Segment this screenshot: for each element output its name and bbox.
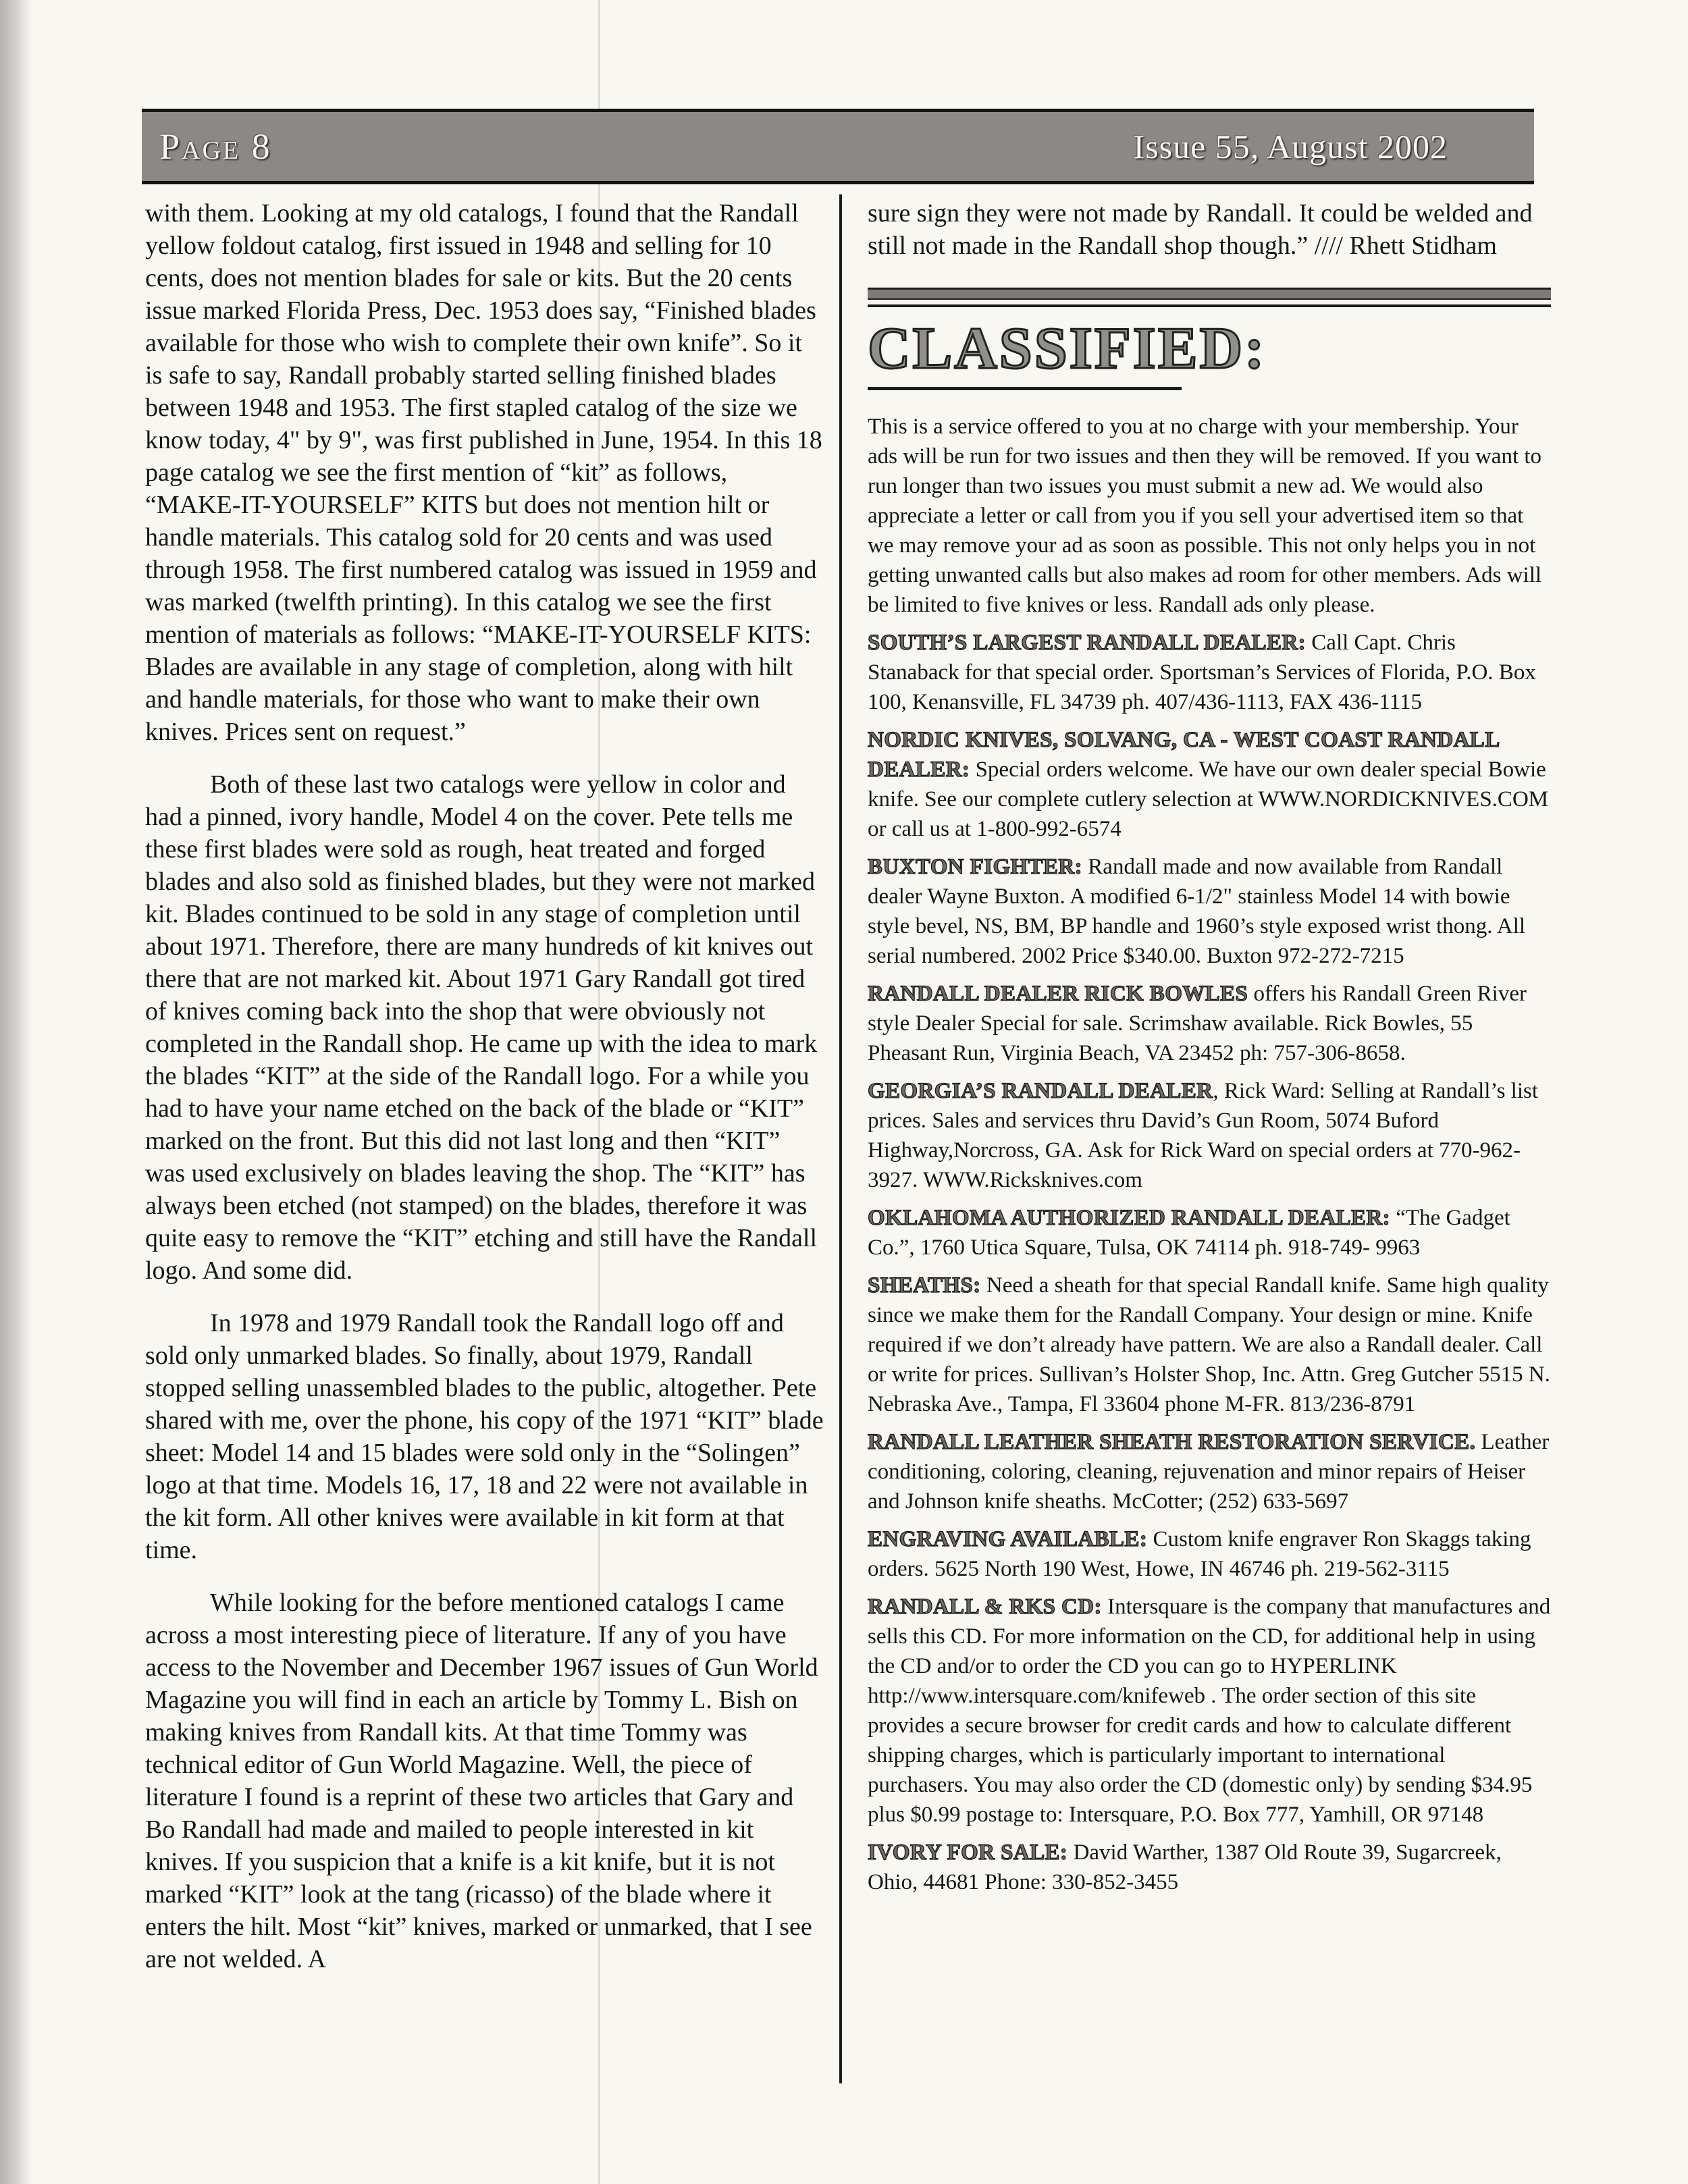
scan-edge-shadow [0,0,31,2184]
article-paragraph: While looking for the before mentioned c… [145,1587,824,1975]
classified-ad: RANDALL DEALER RICK BOWLES offers his Ra… [868,979,1551,1068]
classified-ad: OKLAHOMA AUTHORIZED RANDALL DEALER: “The… [868,1203,1551,1262]
classified-ad-lead: BUXTON FIGHTER: [868,855,1082,879]
classified-ad-lead: SHEATHS: [868,1273,981,1298]
classified-ad-lead: GEORGIA’S RANDALL DEALER [868,1079,1213,1103]
classified-ad: RANDALL LEATHER SHEATH RESTORATION SERVI… [868,1427,1551,1516]
classified-ad-lead: SOUTH’S LARGEST RANDALL DEALER: [868,631,1306,655]
classified-heading: CLASSIFIED: [868,317,1551,381]
classified-ad: SOUTH’S LARGEST RANDALL DEALER: Call Cap… [868,628,1551,717]
classified-intro-paragraph: This is a service offered to you at no c… [868,412,1551,620]
classified-ad: NORDIC KNIVES, SOLVANG, CA - WEST COAST … [868,725,1551,844]
classified-ad-lead: IVORY FOR SALE: [868,1840,1067,1865]
classified-ad: IVORY FOR SALE: David Warther, 1387 Old … [868,1838,1551,1897]
article-paragraph: Both of these last two catalogs were yel… [145,768,824,1287]
classified-ad-lead: RANDALL DEALER RICK BOWLES [868,982,1248,1006]
column-divider-rule [839,194,842,2083]
classified-ad-body: Intersquare is the company that manufact… [868,1595,1550,1827]
article-continuation-paragraph: sure sign they were not made by Randall.… [868,197,1551,262]
classified-ad-lead: ENGRAVING AVAILABLE: [868,1527,1147,1551]
issue-date-label: Issue 55, August 2002 [1134,127,1448,166]
classified-ad-lead: RANDALL LEATHER SHEATH RESTORATION SERVI… [868,1430,1475,1454]
classified-ad-lead: RANDALL & RKS CD: [868,1595,1102,1619]
classified-column: sure sign they were not made by Randall.… [868,197,1551,1897]
classified-top-rule-thin [868,304,1551,307]
article-column: with them. Looking at my old catalogs, I… [145,197,824,1975]
classified-ad: RANDALL & RKS CD: Intersquare is the com… [868,1592,1551,1830]
article-paragraph: with them. Looking at my old catalogs, I… [145,197,824,748]
classified-ad: SHEATHS: Need a sheath for that special … [868,1271,1551,1419]
article-paragraph: In 1978 and 1979 Randall took the Randal… [145,1307,824,1566]
classified-ad-body: Special orders welcome. We have our own … [868,757,1548,841]
page-header-bar: Page 8 Issue 55, August 2002 [142,109,1534,184]
classified-ad-lead: OKLAHOMA AUTHORIZED RANDALL DEALER: [868,1206,1390,1230]
classified-top-rule-thick [868,288,1551,300]
classified-heading-underline [868,387,1182,390]
page-number-label: Page 8 [159,126,272,167]
newsletter-page: Page 8 Issue 55, August 2002 with them. … [0,0,1688,2184]
classified-ads-list: SOUTH’S LARGEST RANDALL DEALER: Call Cap… [868,628,1551,1897]
classified-ad: GEORGIA’S RANDALL DEALER, Rick Ward: Sel… [868,1076,1551,1195]
classified-ad: ENGRAVING AVAILABLE: Custom knife engrav… [868,1524,1551,1584]
classified-ad: BUXTON FIGHTER: Randall made and now ava… [868,852,1551,971]
